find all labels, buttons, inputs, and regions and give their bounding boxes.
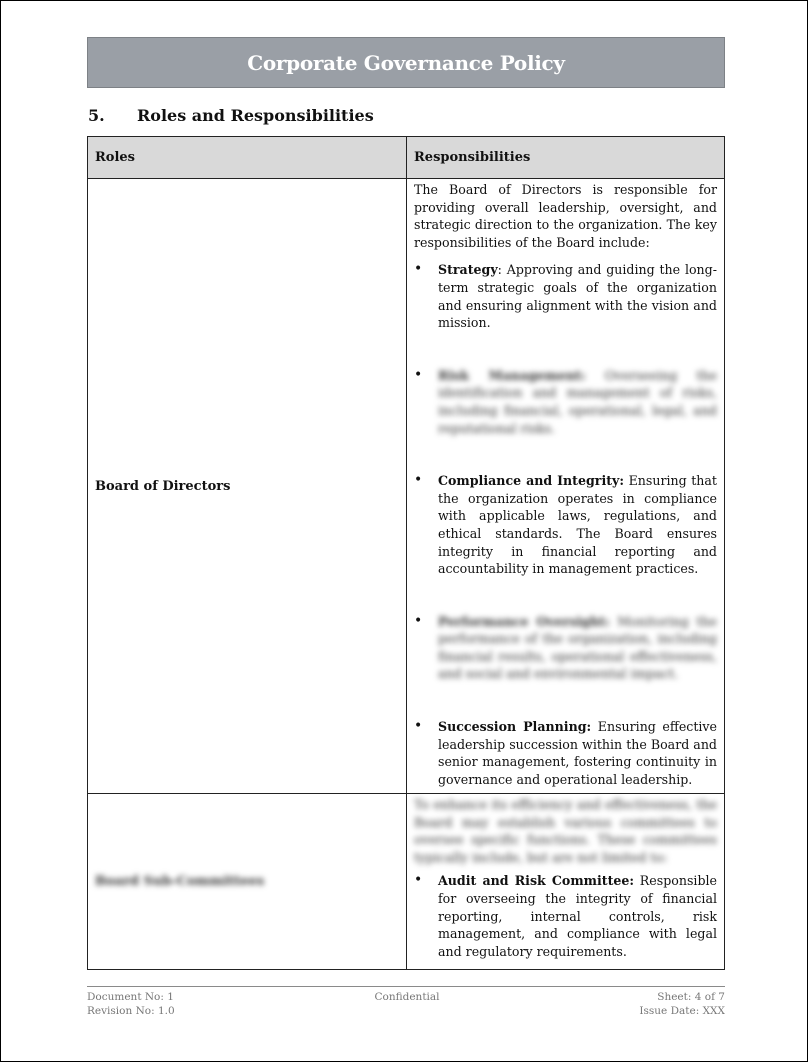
item-label: Compliance and Integrity:: [438, 473, 624, 488]
role-cell: Board Sub-Committees: [88, 794, 407, 970]
responsibilities-intro: To enhance its efficiency and effectiven…: [414, 796, 717, 866]
list-item: Compliance and Integrity: Ensuring that …: [414, 472, 717, 578]
responsibilities-list: Strategy: Approving and guiding the long…: [414, 261, 717, 788]
table-header-row: Roles Responsibilities: [88, 137, 725, 179]
table-row: Board Sub-Committees To enhance its effi…: [88, 794, 725, 970]
issue-date: Issue Date: XXX: [639, 1004, 725, 1018]
role-cell: Board of Directors: [88, 179, 407, 794]
roles-table: Roles Responsibilities Board of Director…: [87, 136, 725, 970]
blurred-content: Performance Oversight: Monitoring the pe…: [438, 614, 717, 682]
section-number: 5.: [88, 106, 137, 125]
header-responsibilities: Responsibilities: [407, 137, 725, 179]
responsibilities-list: Audit and Risk Committee: Responsible fo…: [414, 872, 717, 960]
item-label: Risk Management:: [438, 368, 586, 383]
item-label: Performance Oversight:: [438, 614, 610, 629]
document-number: Document No: 1: [87, 990, 175, 1004]
list-item: Performance Oversight: Monitoring the pe…: [414, 613, 717, 683]
list-item: Succession Planning: Ensuring effective …: [414, 718, 717, 788]
role-name: Board Sub-Committees: [95, 874, 264, 889]
document-title-banner: Corporate Governance Policy: [87, 37, 725, 88]
table-row: Board of Directors The Board of Director…: [88, 179, 725, 794]
section-heading: 5. Roles and Responsibilities: [88, 106, 374, 125]
page-footer: Document No: 1 Revision No: 1.0 Confiden…: [87, 986, 725, 1018]
blurred-content: Risk Management: Overseeing the identifi…: [438, 368, 717, 436]
list-item: Audit and Risk Committee: Responsible fo…: [414, 872, 717, 960]
sheet-number: Sheet: 4 of 7: [657, 990, 725, 1004]
item-label: Strategy: [438, 262, 498, 277]
list-item: Strategy: Approving and guiding the long…: [414, 261, 717, 331]
section-title: Roles and Responsibilities: [137, 106, 374, 125]
responsibilities-intro: The Board of Directors is responsible fo…: [414, 181, 717, 251]
role-name: Board of Directors: [95, 479, 230, 494]
item-text: Ensuring that the organization operates …: [438, 473, 717, 576]
list-item: Risk Management: Overseeing the identifi…: [414, 367, 717, 437]
classification-label: Confidential: [375, 990, 440, 1004]
responsibilities-cell: The Board of Directors is responsible fo…: [407, 179, 725, 794]
revision-number: Revision No: 1.0: [87, 1004, 175, 1018]
header-roles: Roles: [88, 137, 407, 179]
item-label: Succession Planning:: [438, 719, 591, 734]
item-label: Audit and Risk Committee:: [438, 873, 634, 888]
responsibilities-cell: To enhance its efficiency and effectiven…: [407, 794, 725, 970]
document-title: Corporate Governance Policy: [247, 51, 565, 75]
